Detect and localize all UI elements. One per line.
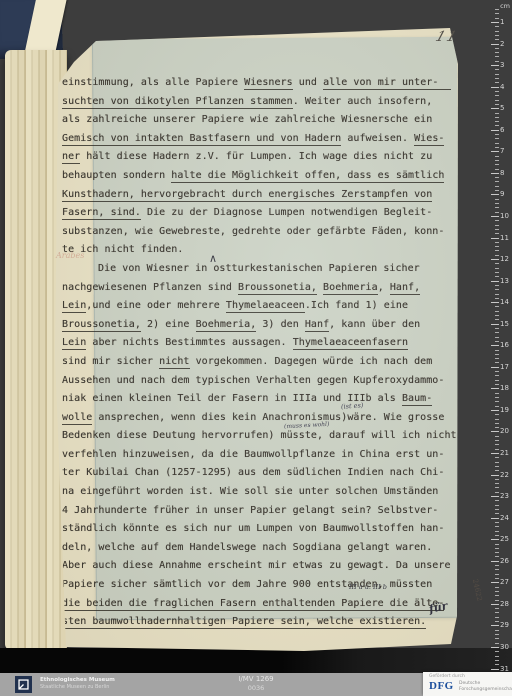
ruler-tick	[491, 388, 499, 389]
ruler-tick	[495, 18, 499, 19]
ruler-tick	[491, 475, 499, 476]
text-line: Gemisch von intakten Bastfasern und von …	[62, 130, 454, 149]
ruler-tick	[491, 65, 499, 66]
ruler-number: 8	[500, 170, 511, 177]
ruler-tick	[495, 569, 499, 570]
ruler-tick	[495, 526, 499, 527]
ruler-tick	[495, 371, 499, 372]
ruler-tick	[495, 121, 499, 122]
ruler-tick	[495, 436, 499, 437]
ruler-number: 16	[500, 342, 511, 349]
ruler-tick	[495, 634, 499, 635]
text-line: Aussehen und nach dem typischen Verhalte…	[62, 372, 454, 391]
ruler-tick	[495, 220, 499, 221]
text-line: Lein aber nichts Bestimmtes aussagen. Th…	[62, 334, 454, 353]
ruler-tick	[495, 61, 499, 62]
scan-shadow	[0, 648, 512, 674]
ruler-tick	[495, 233, 499, 234]
ruler-tick	[495, 664, 499, 665]
ruler-tick	[495, 660, 499, 661]
ruler-tick	[495, 255, 499, 256]
ruler-tick	[495, 578, 499, 579]
ruler-tick	[495, 306, 499, 307]
ruler-tick	[495, 225, 499, 226]
ruler-tick	[495, 358, 499, 359]
text-line: Broussonetia, 2) eine Boehmeria, 3) den …	[62, 316, 454, 335]
ruler-tick	[491, 539, 499, 540]
ruler-tick	[495, 26, 499, 27]
ruler-tick	[495, 565, 499, 566]
ruler-tick	[491, 22, 499, 23]
ruler-tick	[495, 212, 499, 213]
ruler-tick	[495, 617, 499, 618]
ruler-number: 22	[500, 472, 511, 479]
ruler-tick	[495, 509, 499, 510]
ruler-tick	[495, 513, 499, 514]
ruler-tick	[495, 552, 499, 553]
ruler-tick	[495, 500, 499, 501]
ruler-tick	[495, 134, 499, 135]
ruler-tick	[495, 328, 499, 329]
text-line: te ich nicht finden.	[62, 241, 454, 260]
ruler-tick	[495, 263, 499, 264]
text-line: 4 Jahrhunderte früher in unser Papier ge…	[62, 502, 454, 521]
ruler-tick	[495, 246, 499, 247]
ruler-number: 6	[500, 127, 511, 134]
text-line: substanzen, wie Gewebreste, gedrehte ode…	[62, 223, 454, 242]
ruler-tick	[495, 186, 499, 187]
ruler-tick	[495, 177, 499, 178]
ruler-number: 24	[500, 515, 511, 522]
ruler-tick	[495, 298, 499, 299]
funding-label: Gefördert durch	[429, 674, 465, 679]
ruler-tick	[495, 531, 499, 532]
ruler-number: 20	[500, 428, 511, 435]
ruler-tick	[495, 427, 499, 428]
ruler-tick	[495, 457, 499, 458]
ruler-tick	[495, 272, 499, 273]
ruler-tick	[491, 302, 499, 303]
ruler-tick	[495, 487, 499, 488]
handwritten-pencil-number: 24622	[471, 578, 483, 601]
text-line: behaupten sondern halte die Möglichkeit …	[62, 167, 454, 186]
ruler-tick	[491, 194, 499, 195]
ruler-tick	[495, 143, 499, 144]
ruler-tick	[495, 362, 499, 363]
ruler-tick	[491, 453, 499, 454]
text-line: Papiere sicher sämtlich vor dem Jahre 90…	[62, 576, 454, 595]
ruler-tick	[495, 423, 499, 424]
ruler-tick	[495, 397, 499, 398]
ruler-tick	[495, 380, 499, 381]
text-line: suchten von dikotylen Pflanzen stammen. …	[62, 93, 454, 112]
ruler-number: 11	[500, 235, 511, 242]
ruler-number: 5	[500, 105, 511, 112]
text-line: Bedenken diese Deutung hervorrufen) müss…	[62, 427, 454, 446]
ruler-tick	[495, 125, 499, 126]
ruler-tick	[491, 582, 499, 583]
ruler-tick	[495, 181, 499, 182]
text-line: Fasern, sind. Die zu der Diagnose Lumpen…	[62, 204, 454, 223]
text-line: verfehlen hinzuweisen, da die Baumwollpf…	[62, 446, 454, 465]
ruler-tick	[495, 354, 499, 355]
ruler-number: 29	[500, 622, 511, 629]
ruler-tick	[495, 574, 499, 575]
typewritten-text: einstimmung, als alle Papiere Wiesners u…	[62, 74, 454, 632]
ruler-number: 28	[500, 601, 511, 608]
ruler-tick	[495, 69, 499, 70]
ruler-tick	[495, 199, 499, 200]
ruler-tick	[495, 656, 499, 657]
ruler-tick	[491, 87, 499, 88]
ruler-tick	[495, 483, 499, 484]
ruler-tick	[495, 95, 499, 96]
ruler-tick	[495, 104, 499, 105]
ruler-tick	[495, 492, 499, 493]
ruler-tick	[495, 630, 499, 631]
ruler-tick	[495, 229, 499, 230]
ruler-tick	[495, 406, 499, 407]
ruler-tick	[495, 535, 499, 536]
text-line: sind mir sicher nicht vorgekommen. Dageg…	[62, 353, 454, 372]
ruler-tick	[495, 207, 499, 208]
text-line: ner hält diese Hadern z.V. für Lumpen. I…	[62, 148, 454, 167]
ruler-number: 26	[500, 558, 511, 565]
text-line: wolle ansprechen, wenn dies kein Anachro…	[62, 409, 454, 428]
ruler-tick	[495, 164, 499, 165]
cm-ruler: cm 1234567891011121314151617181920212223…	[486, 0, 512, 676]
ruler-number: 12	[500, 256, 511, 263]
ruler-tick	[495, 479, 499, 480]
ruler-tick	[495, 100, 499, 101]
ruler-tick	[491, 238, 499, 239]
ruler-tick	[495, 52, 499, 53]
ruler-number: 7	[500, 148, 511, 155]
footer-bar: Ethnologisches Museum Staatliche Museen …	[0, 673, 512, 696]
ruler-number: 27	[500, 579, 511, 586]
dfg-org-name: Deutsche Forschungsgemeinschaft	[459, 681, 512, 692]
text-line: ter Kubilai Chan (1257-1295) aus dem süd…	[62, 464, 454, 483]
ruler-number: 17	[500, 364, 511, 371]
ruler-tick	[491, 281, 499, 282]
ruler-tick	[495, 138, 499, 139]
text-line: die beiden die fraglichen Fasern enthalt…	[62, 595, 454, 614]
handwritten-insert-mark: ∧	[209, 252, 217, 265]
ruler-tick	[495, 466, 499, 467]
ruler-tick	[495, 48, 499, 49]
ruler-tick	[495, 341, 499, 342]
ruler-tick	[491, 625, 499, 626]
text-line: sten baumwollhadernhaltigen Papiere sein…	[62, 613, 454, 632]
ruler-tick	[495, 449, 499, 450]
ruler-tick	[495, 91, 499, 92]
ruler-number: 21	[500, 450, 511, 457]
ruler-number: 19	[500, 407, 511, 414]
ruler-tick	[495, 444, 499, 445]
ruler-number: 30	[500, 644, 511, 651]
ruler-tick	[495, 315, 499, 316]
ruler-tick	[495, 113, 499, 114]
ruler-number: 1	[500, 19, 511, 26]
ruler-tick	[491, 518, 499, 519]
ruler-number: 3	[500, 62, 511, 69]
ruler-tick	[491, 496, 499, 497]
ruler-tick	[491, 647, 499, 648]
text-line: Aber auch diese Annahme erscheint mir et…	[62, 557, 454, 576]
ruler-tick	[495, 375, 499, 376]
ruler-tick	[495, 117, 499, 118]
ruler-tick	[495, 587, 499, 588]
ruler-number: 25	[500, 536, 511, 543]
ruler-tick	[495, 544, 499, 545]
ruler-tick	[491, 44, 499, 45]
ruler-tick	[495, 638, 499, 639]
ruler-number: 4	[500, 84, 511, 91]
ruler-tick	[495, 147, 499, 148]
text-line: als zahlreiche unserer Papiere wie zahlr…	[62, 111, 454, 130]
ruler-tick	[491, 216, 499, 217]
ruler-tick	[495, 56, 499, 57]
ruler-tick	[495, 591, 499, 592]
ruler-tick	[491, 345, 499, 346]
ruler-tick	[495, 276, 499, 277]
ruler-tick	[495, 311, 499, 312]
text-line: ständlich könnte es sich nur um Lumpen v…	[62, 520, 454, 539]
ruler-tick	[495, 612, 499, 613]
ruler-tick	[491, 130, 499, 131]
text-line: na eingeführt worden ist. Wie soll sie u…	[62, 483, 454, 502]
ruler-tick	[495, 643, 499, 644]
text-line: Kunsthadern, hervorgebracht durch energi…	[62, 186, 454, 205]
ruler-number: 23	[500, 493, 511, 500]
ruler-tick	[495, 74, 499, 75]
ruler-tick	[491, 410, 499, 411]
ruler-tick	[495, 522, 499, 523]
text-line: niak einen kleinen Teil der Fasern in II…	[62, 390, 454, 409]
ruler-tick	[495, 462, 499, 463]
ruler-number: 2	[500, 41, 511, 48]
ruler-tick	[491, 431, 499, 432]
ruler-tick	[495, 203, 499, 204]
ruler-tick	[495, 548, 499, 549]
ruler-tick	[495, 332, 499, 333]
document-page: einstimmung, als alle Papiere Wiesners u…	[52, 26, 462, 656]
ruler-tick	[495, 78, 499, 79]
ruler-tick	[495, 608, 499, 609]
ruler-tick	[491, 324, 499, 325]
ruler-tick	[495, 294, 499, 295]
ruler-tick	[495, 600, 499, 601]
ruler-tick	[495, 268, 499, 269]
ruler-tick	[495, 393, 499, 394]
ruler-tick	[495, 419, 499, 420]
text-line: deln, welche auf dem Handelswege nach So…	[62, 539, 454, 558]
ruler-tick	[495, 169, 499, 170]
ruler-tick	[491, 367, 499, 368]
ruler-tick	[491, 259, 499, 260]
ruler-tick	[491, 561, 499, 562]
ruler-tick	[495, 285, 499, 286]
ruler-tick	[495, 242, 499, 243]
text-line: nachgewiesenen Pflanzen sind Broussoneti…	[62, 279, 454, 298]
ruler-tick	[495, 401, 499, 402]
ruler-tick	[495, 556, 499, 557]
ruler-tick	[495, 35, 499, 36]
ruler-number: 18	[500, 385, 511, 392]
ruler-tick	[495, 156, 499, 157]
ruler-tick	[495, 337, 499, 338]
ruler-tick	[495, 39, 499, 40]
ruler-tick	[495, 505, 499, 506]
ruler-tick	[495, 414, 499, 415]
ruler-tick	[495, 82, 499, 83]
ruler-tick	[491, 108, 499, 109]
ruler-tick	[495, 190, 499, 191]
ruler-tick	[495, 651, 499, 652]
ruler-tick	[495, 319, 499, 320]
handwritten-page-number: 11	[433, 29, 460, 45]
handwritten-ist-es: (ist es)	[341, 401, 364, 411]
handwritten-margin-arabes: Arabes	[56, 251, 84, 260]
ruler-number: 15	[500, 321, 511, 328]
ruler-tick	[495, 350, 499, 351]
text-line: einstimmung, als alle Papiere Wiesners u…	[62, 74, 454, 93]
ruler-tick	[495, 13, 499, 14]
ruler-tick	[495, 621, 499, 622]
ruler-number: 13	[500, 278, 511, 285]
scanned-document-view: einstimmung, als alle Papiere Wiesners u…	[0, 0, 512, 696]
ruler-tick	[495, 9, 499, 10]
ruler-tick	[495, 440, 499, 441]
ruler-number: 10	[500, 213, 511, 220]
ruler-number: 14	[500, 299, 511, 306]
text-line: Lein,und eine oder mehrere Thymelaeaceen…	[62, 297, 454, 316]
ruler-tick	[495, 470, 499, 471]
ruler-unit-label: cm	[500, 2, 510, 10]
dfg-logo: DFG	[429, 680, 454, 692]
ruler-tick	[495, 160, 499, 161]
ruler-tick	[495, 595, 499, 596]
ruler-tick	[491, 173, 499, 174]
ruler-tick	[495, 289, 499, 290]
ruler-tick	[495, 250, 499, 251]
ruler-tick	[491, 151, 499, 152]
dfg-funding-box: Gefördert durch DFG Deutsche Forschungsg…	[423, 672, 512, 696]
ruler-tick	[495, 384, 499, 385]
ruler-number: 9	[500, 191, 511, 198]
ruler-tick	[495, 31, 499, 32]
ruler-tick	[491, 669, 499, 670]
text-line: Die von Wiesner in ostturkestanischen Pa…	[62, 260, 454, 279]
handwritten-roman: III a u. III b	[349, 583, 387, 591]
ruler-tick	[491, 604, 499, 605]
